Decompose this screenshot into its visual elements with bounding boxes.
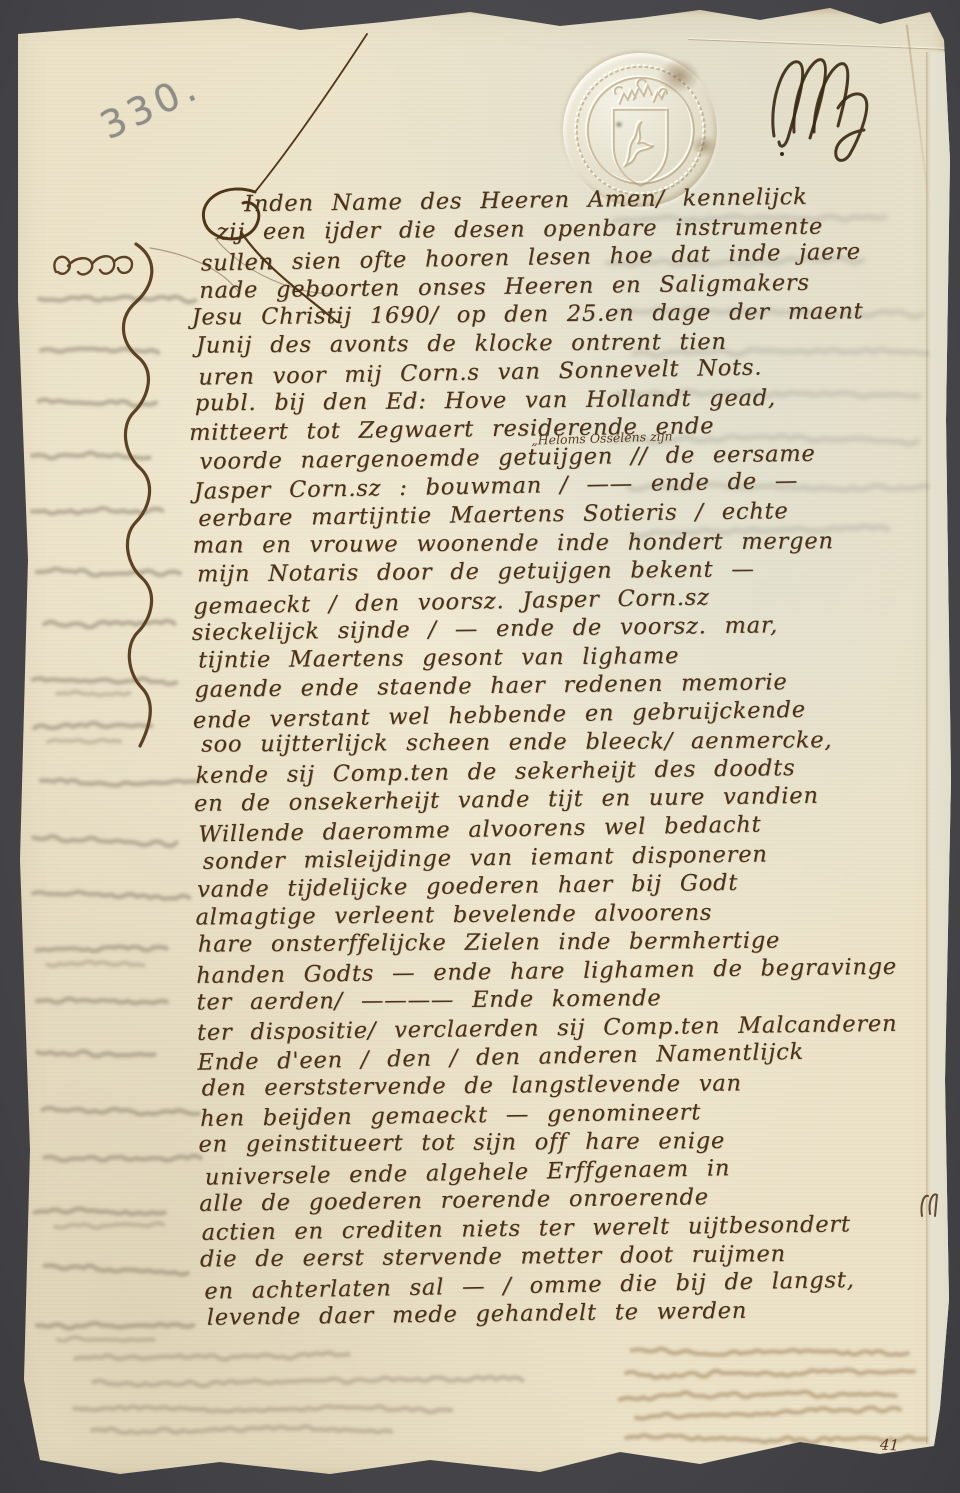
seal-ink-speck — [615, 121, 623, 128]
manuscript-page: 330. — [0, 0, 960, 1493]
seal-stain — [658, 59, 700, 93]
scan-background: 330. — [0, 0, 960, 1493]
margin-scribble — [48, 246, 148, 290]
manuscript-line: soo uijtterlijck scheen ende bleeck/ aen… — [193, 727, 941, 761]
archive-number-pencil: 330. — [94, 64, 207, 148]
manuscript-text: „Heloms Osselens zijn Inden Name des Hee… — [186, 182, 949, 1334]
folio-number: 41 — [880, 1436, 900, 1455]
notary-paraph-signature — [752, 48, 922, 166]
manuscript-line: hare onsterffelijcke Zielen inde bermher… — [196, 927, 944, 961]
embossed-seal — [563, 53, 717, 207]
seal-stain — [691, 135, 717, 157]
